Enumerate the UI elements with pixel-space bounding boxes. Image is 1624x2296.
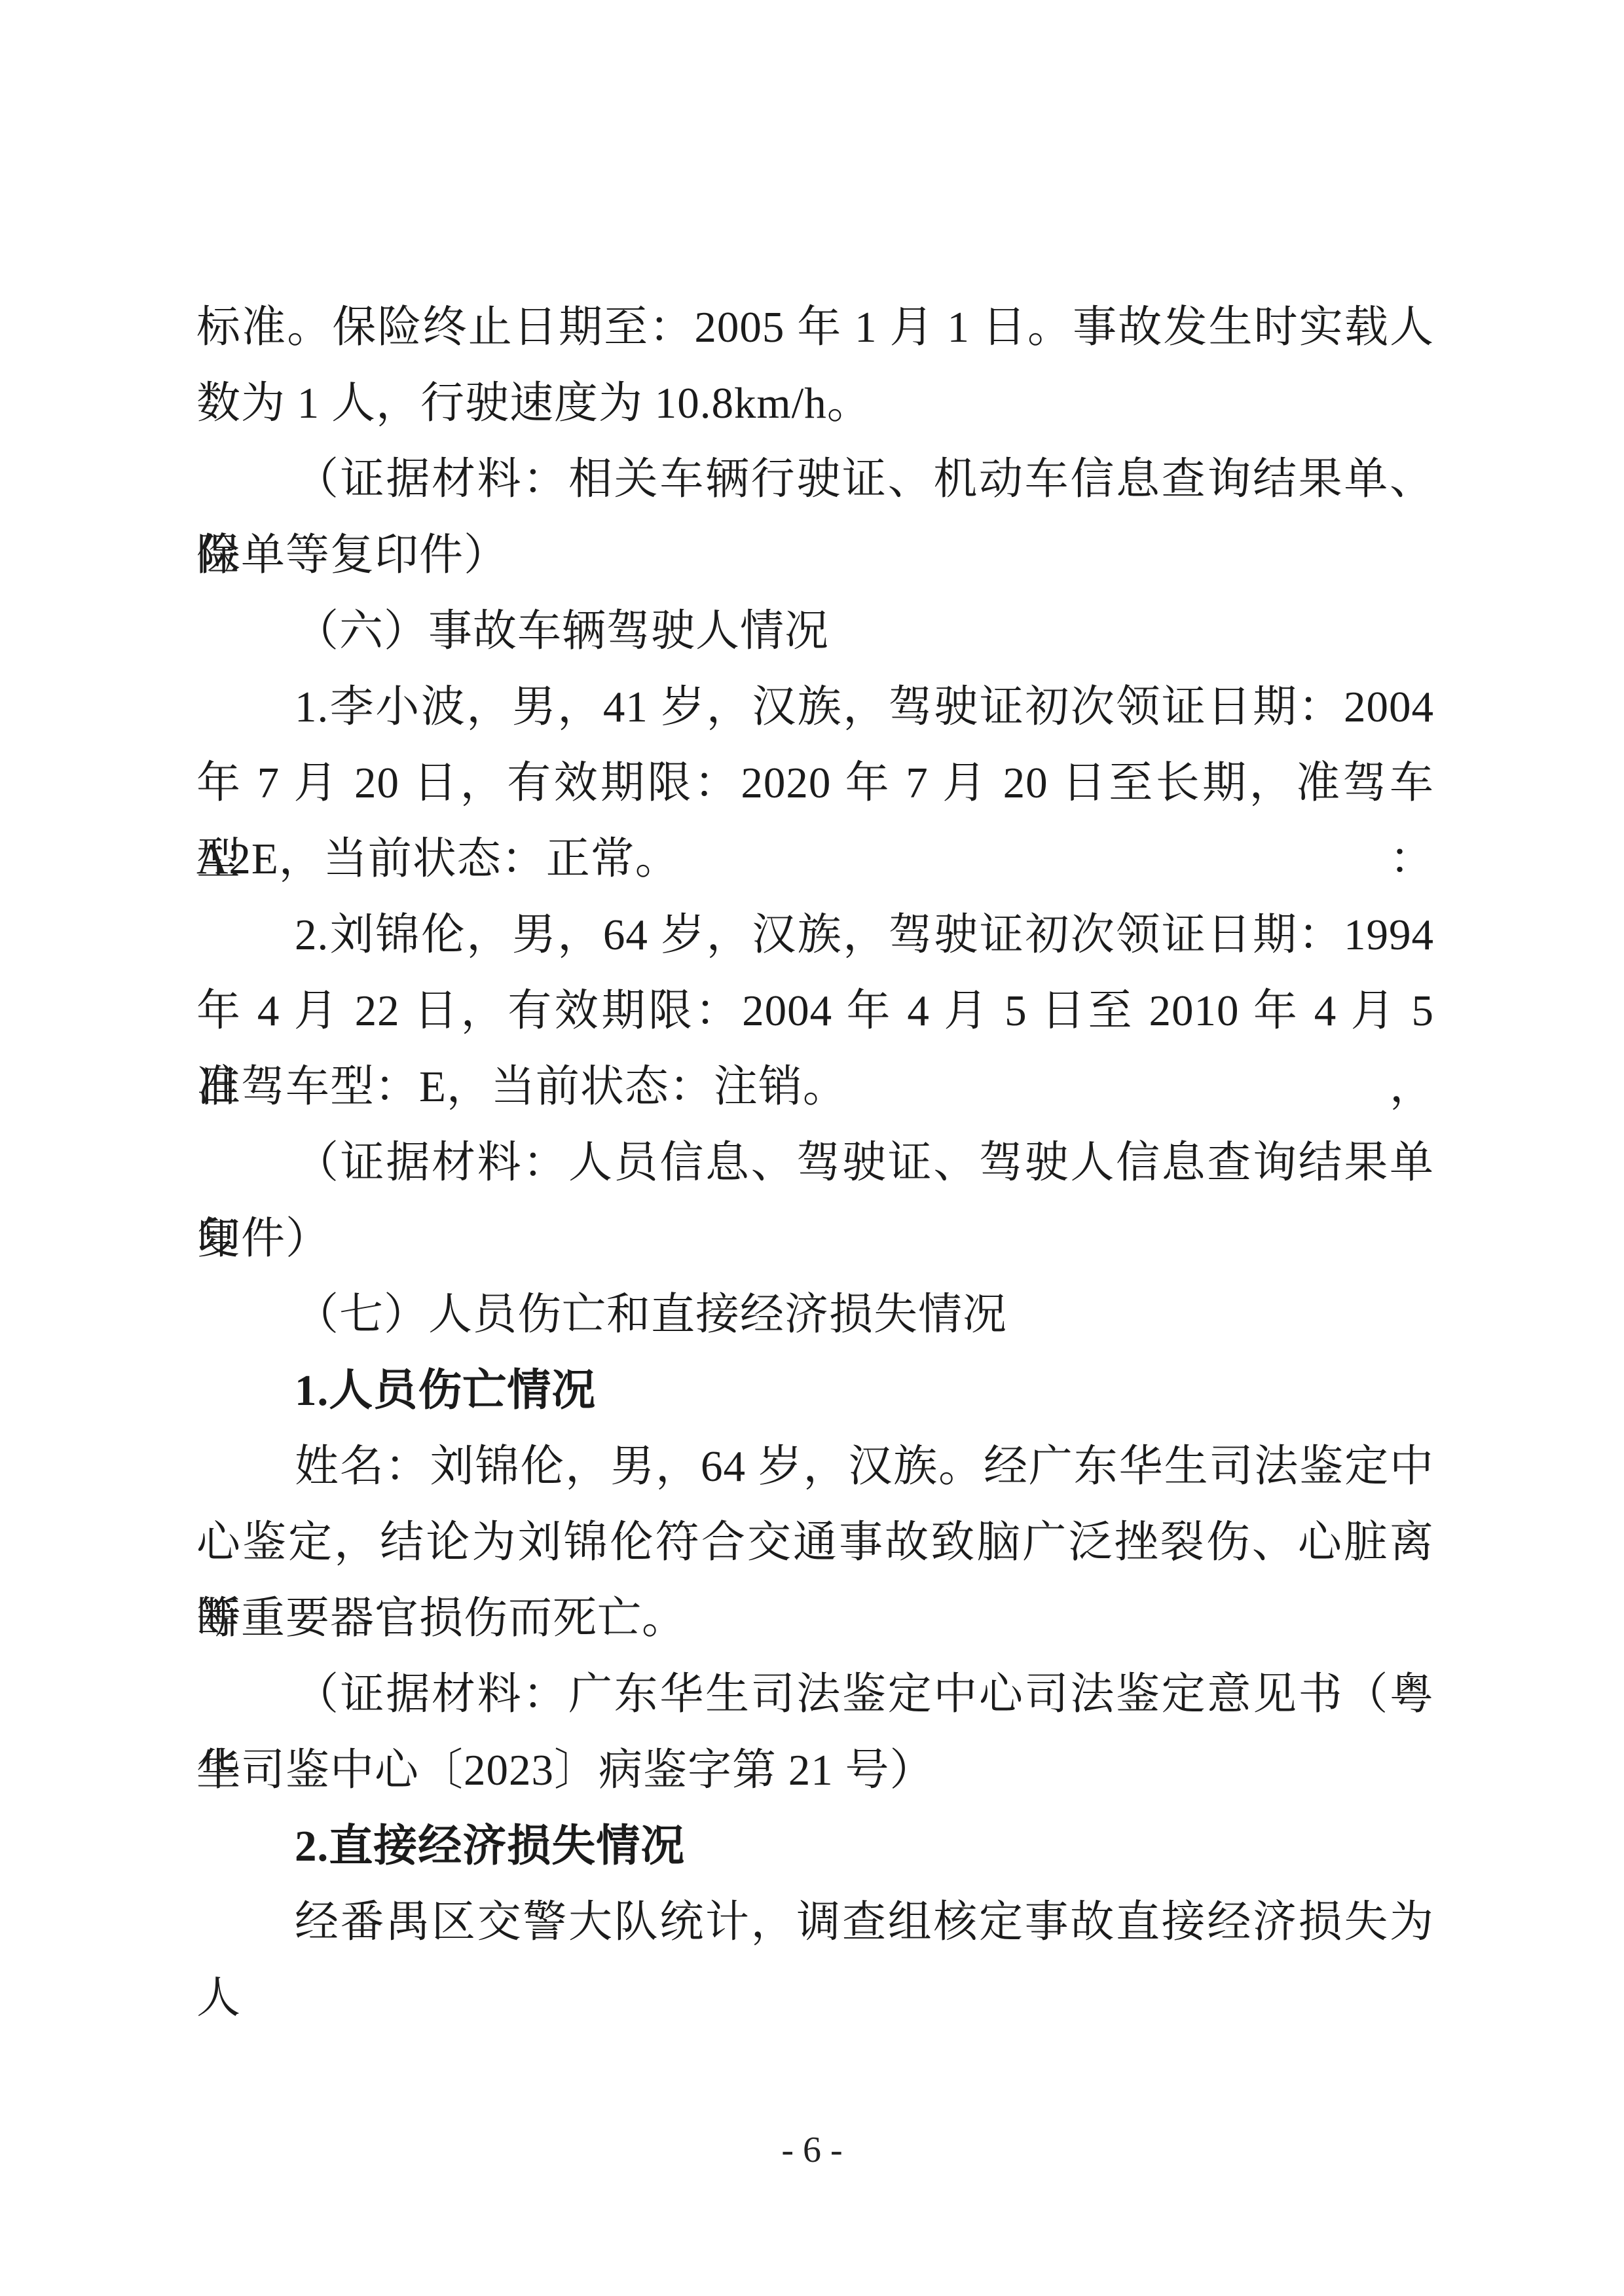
body-line: （证据材料：相关车辆行驶证、机动车信息查询结果单、保 bbox=[196, 441, 1434, 517]
section-heading: （六）事故车辆驾驶人情况 bbox=[196, 593, 1434, 669]
document-page: 标准。保险终止日期至：2005 年 1 月 1 日。事故发生时实载人 数为 1 … bbox=[0, 0, 1624, 2296]
document-body: 标准。保险终止日期至：2005 年 1 月 1 日。事故发生时实载人 数为 1 … bbox=[196, 289, 1434, 1960]
section-heading: （七）人员伤亡和直接经济损失情况 bbox=[196, 1277, 1434, 1353]
body-line: 1.李小波，男，41 岁，汉族，驾驶证初次领证日期：2004 bbox=[196, 669, 1434, 745]
body-line: 等重要器官损伤而死亡。 bbox=[196, 1580, 1434, 1656]
page-number: - 6 - bbox=[0, 2124, 1624, 2176]
body-line: 姓名：刘锦伦，男，64 岁，汉族。经广东华生司法鉴定中 bbox=[196, 1429, 1434, 1504]
body-line: 2.刘锦伦，男，64 岁，汉族，驾驶证初次领证日期：1994 bbox=[196, 897, 1434, 973]
body-line: 险单等复印件） bbox=[196, 517, 1434, 593]
body-line: 心鉴定，结论为刘锦伦符合交通事故致脑广泛挫裂伤、心脏离断 bbox=[196, 1504, 1434, 1580]
body-line: （证据材料：广东华生司法鉴定中心司法鉴定意见书（粤华 bbox=[196, 1656, 1434, 1732]
body-line: 标准。保险终止日期至：2005 年 1 月 1 日。事故发生时实载人 bbox=[196, 289, 1434, 365]
body-line: （证据材料：人员信息、驾驶证、驾驶人信息查询结果单复 bbox=[196, 1125, 1434, 1201]
body-line: 经番禺区交警大队统计，调查组核定事故直接经济损失为人 bbox=[196, 1884, 1434, 1960]
subsection-heading: 1.人员伤亡情况 bbox=[196, 1353, 1434, 1429]
body-line: 数为 1 人，行驶速度为 10.8km/h。 bbox=[196, 365, 1434, 441]
body-line: 生司鉴中心〔2023〕病鉴字第 21 号） bbox=[196, 1732, 1434, 1808]
subsection-heading: 2.直接经济损失情况 bbox=[196, 1808, 1434, 1884]
body-line: 印件） bbox=[196, 1201, 1434, 1277]
body-line: 年 4 月 22 日，有效期限：2004 年 4 月 5 日至 2010 年 4… bbox=[196, 973, 1434, 1049]
body-line: 年 7 月 20 日，有效期限：2020 年 7 月 20 日至长期，准驾车型： bbox=[196, 745, 1434, 821]
